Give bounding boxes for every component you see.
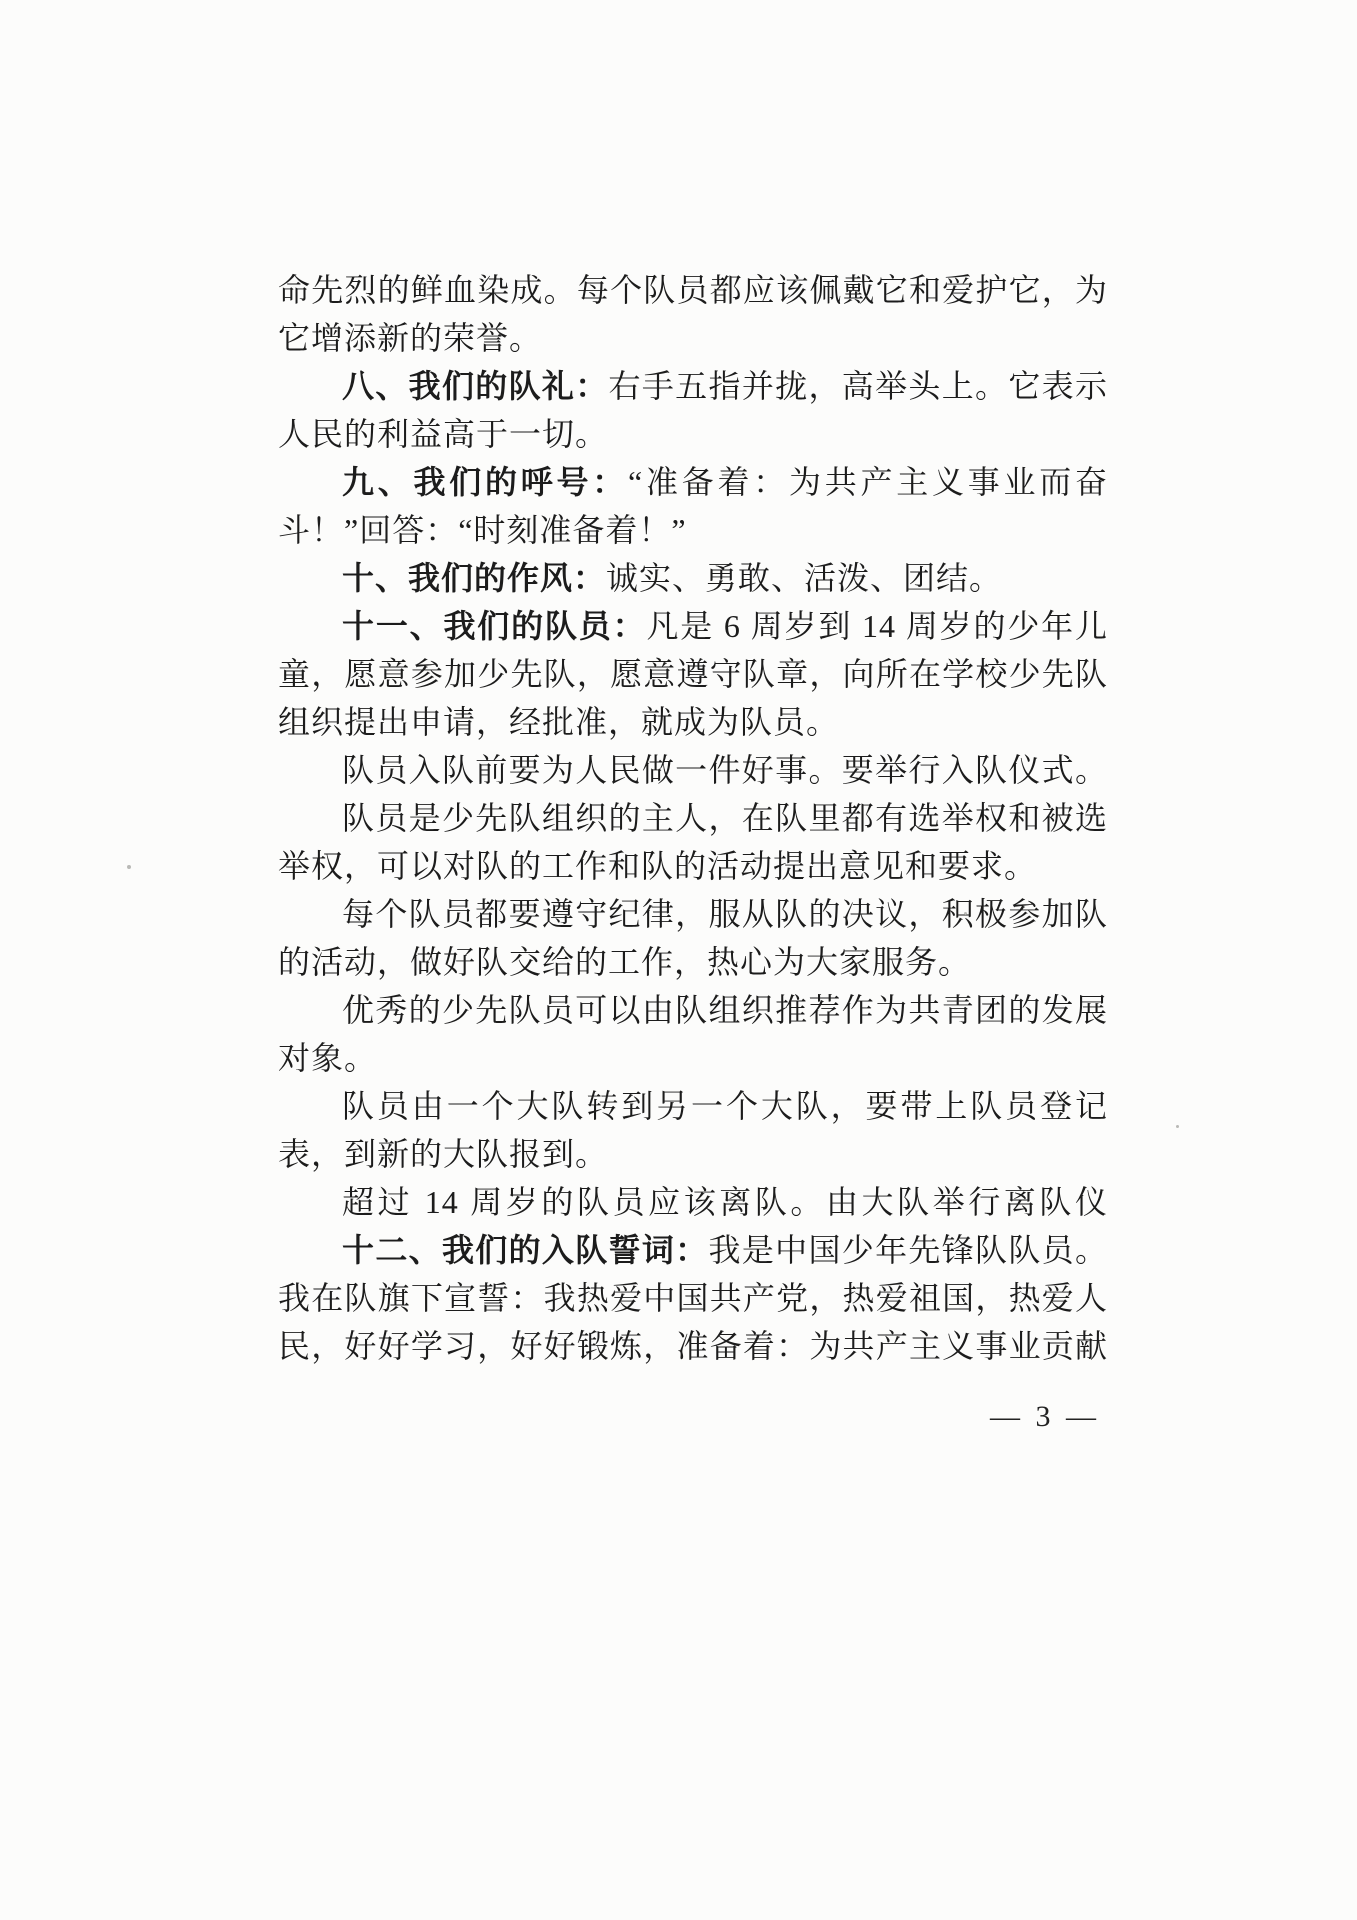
section-heading: 十二、我们的入队誓词： (342, 1232, 709, 1268)
line-text: 队员由一个大队转到另一个大队，要带上队员登记 (342, 1088, 1108, 1124)
text-line: 每个队员都要遵守纪律，服从队的决议，积极参加队 (278, 890, 1108, 938)
text-line: 十二、我们的入队誓词：我是中国少年先锋队队员。 (278, 1226, 1108, 1274)
text-line: 我在队旗下宣誓：我热爱中国共产党，热爱祖国，热爱人 (278, 1274, 1108, 1322)
text-line: 对象。 (278, 1034, 1108, 1082)
section-heading: 十一、我们的队员： (342, 608, 646, 644)
section-heading: 十、我们的作风： (342, 560, 606, 596)
scan-noise-speck (1176, 1125, 1179, 1128)
text-line: 十一、我们的队员：凡是 6 周岁到 14 周岁的少年儿 (278, 602, 1108, 650)
text-line: 命先烈的鲜血染成。每个队员都应该佩戴它和爱护它，为 (278, 266, 1108, 314)
text-line: 优秀的少先队员可以由队组织推荐作为共青团的发展 (278, 986, 1108, 1034)
line-text: 举权，可以对队的工作和队的活动提出意见和要求。 (278, 848, 1037, 884)
section-heading: 九、我们的呼号： (342, 464, 628, 500)
text-line: 举权，可以对队的工作和队的活动提出意见和要求。 (278, 842, 1108, 890)
line-text: 的活动，做好队交给的工作，热心为大家服务。 (278, 944, 971, 980)
text-line: 队员是少先队组织的主人，在队里都有选举权和被选 (278, 794, 1108, 842)
text-line: 人民的利益高于一切。 (278, 410, 1108, 458)
text-line: 组织提出申请，经批准，就成为队员。 (278, 698, 1108, 746)
line-text: 人民的利益高于一切。 (278, 416, 608, 452)
line-text: 表，到新的大队报到。 (278, 1136, 608, 1172)
text-line: 的活动，做好队交给的工作，热心为大家服务。 (278, 938, 1108, 986)
line-text: 优秀的少先队员可以由队组织推荐作为共青团的发展 (342, 992, 1108, 1028)
line-text: 民，好好学习，好好锻炼，准备着：为共产主义事业贡献 (278, 1328, 1108, 1364)
text-line: 童，愿意参加少先队，愿意遵守队章，向所在学校少先队 (278, 650, 1108, 698)
text-line: 十、我们的作风：诚实、勇敢、活泼、团结。 (278, 554, 1108, 602)
line-text: 超过 14 周岁的队员应该离队。由大队举行离队仪式。 (342, 1184, 1108, 1226)
text-line: 队员入队前要为人民做一件好事。要举行入队仪式。 (278, 746, 1108, 794)
text-line: 八、我们的队礼：右手五指并拢，高举头上。它表示 (278, 362, 1108, 410)
text-line: 民，好好学习，好好锻炼，准备着：为共产主义事业贡献 (278, 1322, 1108, 1370)
line-text: 组织提出申请，经批准，就成为队员。 (278, 704, 839, 740)
line-text: 命先烈的鲜血染成。每个队员都应该佩戴它和爱护它，为 (278, 272, 1108, 308)
text-line: 它增添新的荣誉。 (278, 314, 1108, 362)
document-page: 命先烈的鲜血染成。每个队员都应该佩戴它和爱护它，为它增添新的荣誉。八、我们的队礼… (0, 0, 1357, 1920)
scan-noise-speck (964, 912, 967, 915)
line-text: 对象。 (278, 1040, 377, 1076)
line-text: 它增添新的荣誉。 (278, 320, 542, 356)
line-text: “准备着：为共产主义事业而奋 (628, 464, 1108, 500)
scan-noise-speck (127, 865, 131, 869)
text-line: 表，到新的大队报到。 (278, 1130, 1108, 1178)
line-text: 斗！”回答：“时刻准备着！” (278, 512, 687, 548)
line-text: 队员是少先队组织的主人，在队里都有选举权和被选 (342, 800, 1108, 836)
body-lines: 命先烈的鲜血染成。每个队员都应该佩戴它和爱护它，为它增添新的荣誉。八、我们的队礼… (278, 266, 1108, 1370)
section-heading: 八、我们的队礼： (342, 368, 609, 404)
text-line: 超过 14 周岁的队员应该离队。由大队举行离队仪式。 (278, 1178, 1108, 1226)
line-text: 诚实、勇敢、活泼、团结。 (606, 560, 1002, 596)
line-text: 童，愿意参加少先队，愿意遵守队章，向所在学校少先队 (278, 656, 1108, 692)
line-text: 队员入队前要为人民做一件好事。要举行入队仪式。 (342, 752, 1108, 788)
text-line: 斗！”回答：“时刻准备着！” (278, 506, 1108, 554)
text-line: 九、我们的呼号：“准备着：为共产主义事业而奋 (278, 458, 1108, 506)
page-number: — 3 — (278, 1400, 1100, 1434)
text-line: 队员由一个大队转到另一个大队，要带上队员登记 (278, 1082, 1108, 1130)
line-text: 我在队旗下宣誓：我热爱中国共产党，热爱祖国，热爱人 (278, 1280, 1108, 1316)
line-text: 每个队员都要遵守纪律，服从队的决议，积极参加队 (342, 896, 1108, 932)
line-text: 右手五指并拢，高举头上。它表示 (609, 368, 1108, 404)
line-text: 凡是 6 周岁到 14 周岁的少年儿 (646, 608, 1108, 644)
line-text: 我是中国少年先锋队队员。 (709, 1232, 1109, 1268)
